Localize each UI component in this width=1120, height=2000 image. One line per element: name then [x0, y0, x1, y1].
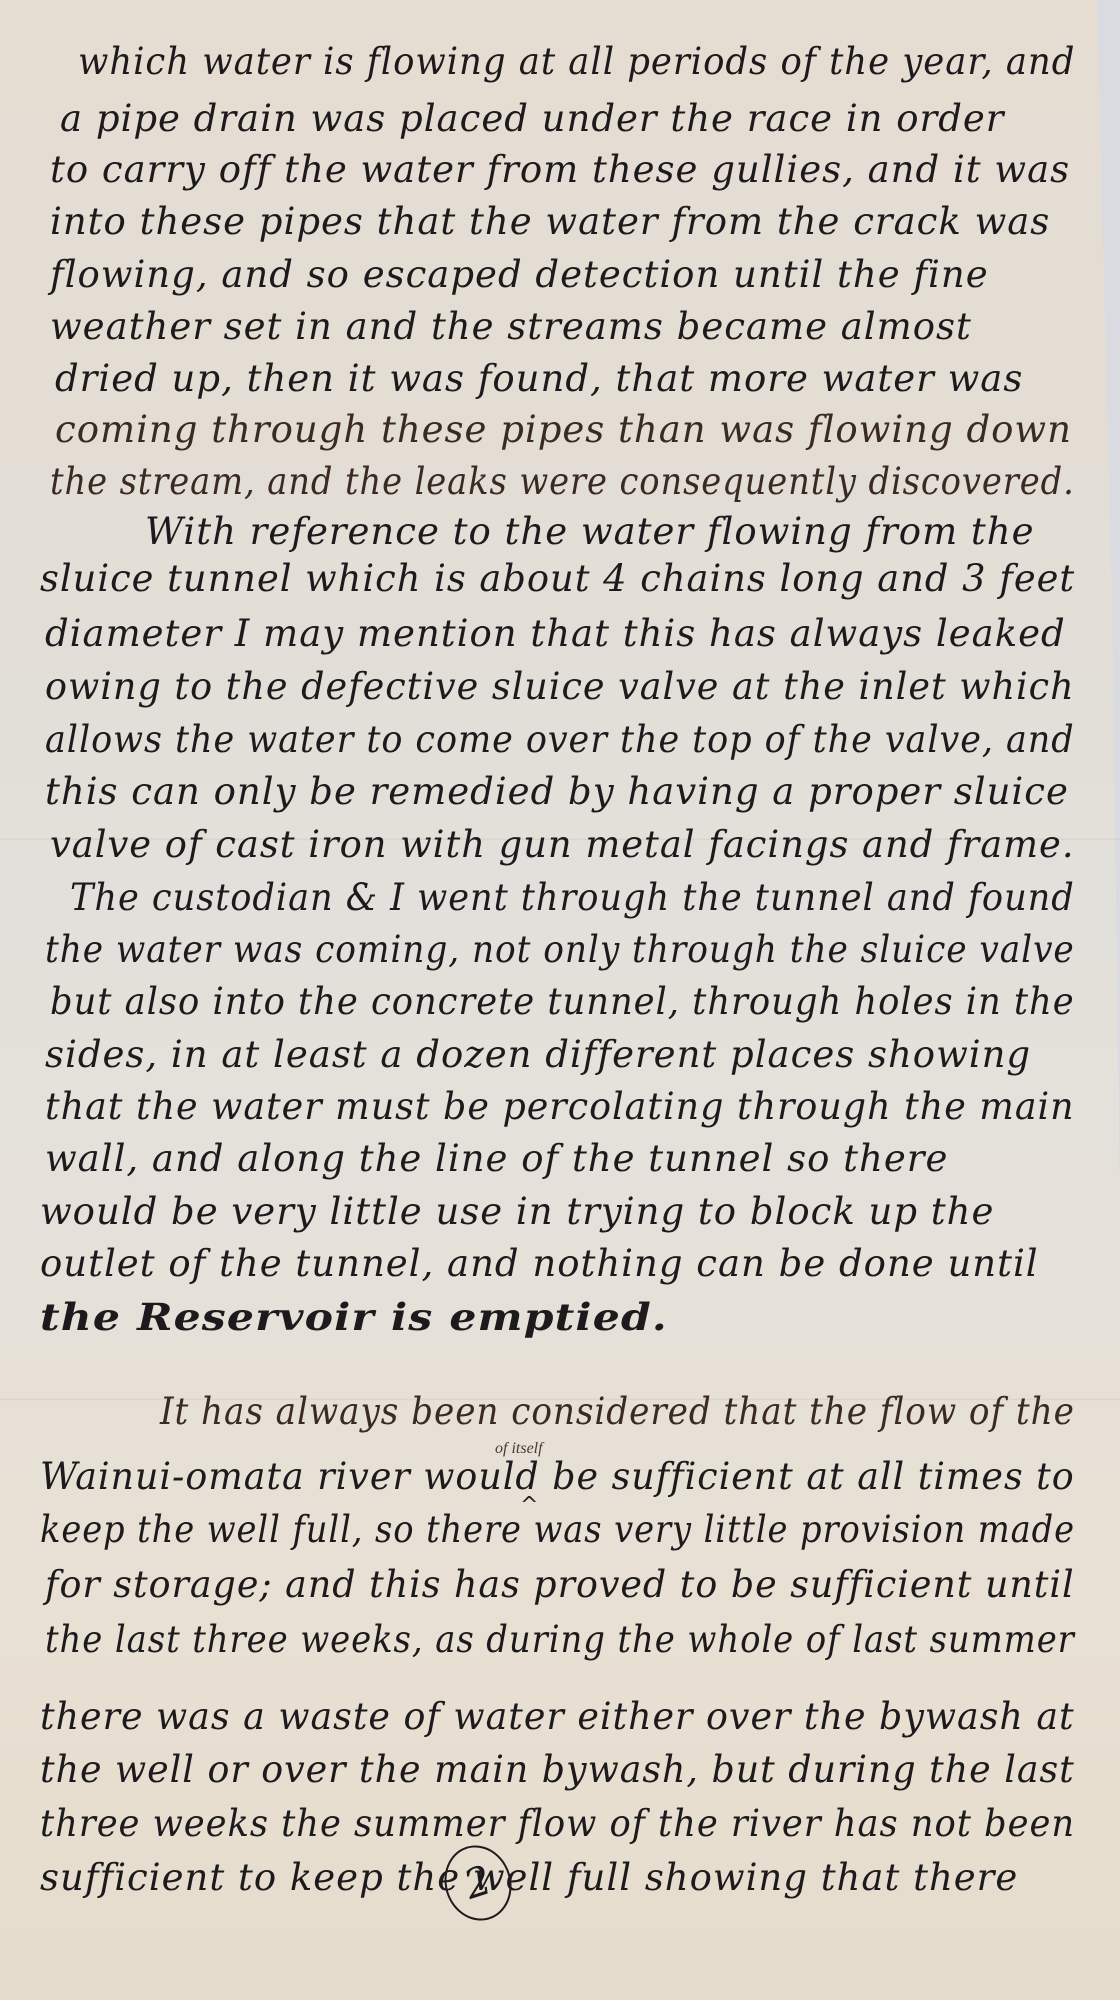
text-line: coming through these pipes than was flow…	[55, 408, 1072, 451]
text-line: this can only be remedied by having a pr…	[45, 770, 1069, 813]
text-line: three weeks the summer flow of the river…	[40, 1802, 1075, 1845]
text-line: which water is flowing at all periods of…	[78, 40, 1027, 83]
text-line: but also into the concrete tunnel, throu…	[50, 980, 1075, 1023]
text-line: keep the well full, so there was very li…	[40, 1508, 1075, 1551]
text-line: the Reservoir is emptied.	[40, 1295, 668, 1339]
text-line: would be very little use in trying to bl…	[40, 1190, 994, 1233]
text-line: valve of cast iron with gun metal facing…	[50, 823, 1075, 866]
text-line: the water was coming, not only through t…	[45, 928, 1075, 971]
text-line: to carry off the water from these gullie…	[50, 148, 1070, 191]
text-line: flowing, and so escaped detection until …	[50, 253, 989, 296]
text-line: The custodian & I went through the tunne…	[70, 876, 1075, 919]
inserted-annotation: of itself	[495, 1440, 543, 1458]
text-line: owing to the defective sluice valve at t…	[45, 665, 1075, 708]
text-line: sides, in at least a dozen different pla…	[45, 1033, 1031, 1076]
text-line: for storage; and this has proved to be s…	[45, 1563, 1075, 1606]
text-line: there was a waste of water either over t…	[40, 1695, 1075, 1738]
text-line: dried up, then it was found, that more w…	[55, 357, 1023, 400]
text-line: the well or over the main bywash, but du…	[40, 1748, 1075, 1791]
text-line: outlet of the tunnel, and nothing can be…	[40, 1242, 1039, 1285]
text-line: sufficient to keep the well full showing…	[40, 1856, 1018, 1899]
text-line: the stream, and the leaks were consequen…	[50, 460, 1075, 503]
text-line: the last three weeks, as during the whol…	[45, 1618, 1075, 1661]
text-line: wall, and along the line of the tunnel s…	[45, 1137, 948, 1180]
text-line: Wainui-omata river would be sufficient a…	[40, 1455, 1075, 1498]
text-line: into these pipes that the water from the…	[50, 200, 1050, 243]
text-line: sluice tunnel which is about 4 chains lo…	[40, 557, 1075, 600]
text-line: a pipe drain was placed under the race i…	[60, 97, 1005, 140]
text-line: With reference to the water flowing from…	[145, 510, 1035, 553]
insertion-caret: ^	[520, 1493, 538, 1518]
text-line: weather set in and the streams became al…	[50, 305, 972, 348]
text-line: It has always been considered that the f…	[160, 1390, 1075, 1433]
text-line: diameter I may mention that this has alw…	[45, 612, 1066, 655]
text-line: that the water must be percolating throu…	[45, 1085, 1075, 1128]
text-line: allows the water to come over the top of…	[45, 718, 1075, 761]
page-number-text: 2	[459, 1857, 497, 1909]
